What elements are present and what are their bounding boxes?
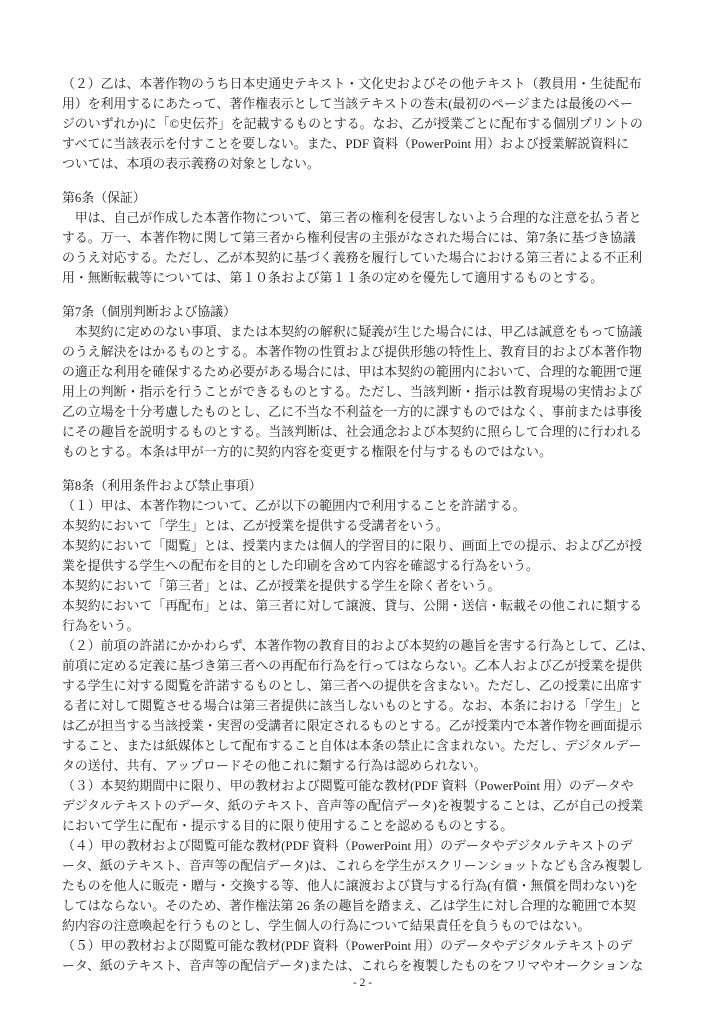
document-line: する。万一、本著作物に関して第三者から権利侵害の主張がなされた場合には、第7条に… <box>62 228 670 248</box>
document-line: ータ、紙のテキスト、音声等の配信データ)または、これらを複製したものをフリマやオ… <box>62 956 670 976</box>
blank-line <box>62 174 670 188</box>
document-line: にその趣旨を説明するものとする。当該判断は、社会通念および本契約に照らして合理的… <box>62 422 670 442</box>
document-line: 用）を利用するにあたって、著作権表示として当該テキストの巻末(最初のページまたは… <box>62 94 670 114</box>
document-line: 本契約において「再配布」とは、第三者に対して譲渡、貸与、公開・送信・転載その他こ… <box>62 596 670 616</box>
document-line: 甲は、自己が作成した本著作物について、第三者の権利を侵害しないよう合理的な注意を… <box>62 208 670 228</box>
document-line: 本契約において「学生」とは、乙が授業を提供する受講者をいう。 <box>62 516 670 536</box>
document-line: デジタルテキストのデータ、紙のテキスト、音声等の配信データ)を複製することは、乙… <box>62 796 670 816</box>
document-line: 業を提供する学生への配布を目的とした印刷を含めて内容を確認する行為をいう。 <box>62 556 670 576</box>
blank-line <box>62 462 670 476</box>
document-line: すること、または紙媒体として配布すること自体は本条の禁止に含まれない。ただし、デ… <box>62 736 670 756</box>
document-line: （１）甲は、本著作物について、乙が以下の範囲内で利用することを許諾する。 <box>62 496 670 516</box>
document-line: 前項に定める定義に基づき第三者への再配布行為を行ってはならない。乙本人および乙が… <box>62 656 670 676</box>
document-line: る者に対して閲覧させる場合は第三者提供に該当しないものとする。なお、本条における… <box>62 696 670 716</box>
document-line: のうえ解決をはかるものとする。本著作物の性質および提供形態の特性上、教育目的およ… <box>62 342 670 362</box>
document-line: してはならない。そのため、著作権法第 26 条の趣旨を踏まえ、乙は学生に対し合理… <box>62 896 670 916</box>
document-line: は乙が担当する当該授業・実習の受講者に限定されるものとする。乙が授業内で本著作物… <box>62 716 670 736</box>
document-line: （２）前項の許諾にかかわらず、本著作物の教育目的および本契約の趣旨を害する行為と… <box>62 636 670 656</box>
document-line: 用上の判断・指示を行うことができるものとする。ただし、当該判断・指示は教育現場の… <box>62 382 670 402</box>
document-line: 行為をいう。 <box>62 616 670 636</box>
document-line: ものとする。本条は甲が一方的に契約内容を変更する権限を付与するものではない。 <box>62 442 670 462</box>
document-line: すべてに当該表示を付すことを要しない。また、PDF 資料（PowerPoint … <box>62 134 670 154</box>
document-line: （４）甲の教材および閲覧可能な教材(PDF 資料（PowerPoint 用）のデ… <box>62 836 670 856</box>
document-line: ータ、紙のテキスト、音声等の配信データ)は、これらを学生がスクリーンショットなど… <box>62 856 670 876</box>
document-line: （３）本契約期間中に限り、甲の教材および閲覧可能な教材(PDF 資料（Power… <box>62 776 670 796</box>
document-line: タの送付、共有、アップロードその他これに類する行為は認められない。 <box>62 756 670 776</box>
document-line: （２）乙は、本著作物のうち日本史通史テキスト・文化史およびその他テキスト（教員用… <box>62 74 670 94</box>
document-line: 約内容の注意喚起を行うものとし、学生個人の行為について結果責任を負うものではない… <box>62 916 670 936</box>
document-line: 本契約において「第三者」とは、乙が授業を提供する学生を除く者をいう。 <box>62 576 670 596</box>
document-line: 本契約に定めのない事項、または本契約の解釈に疑義が生じた場合には、甲乙は誠意をも… <box>62 322 670 342</box>
document-line: たものを他人に販売・贈与・交換する等、他人に譲渡および貸与する行為(有償・無償を… <box>62 876 670 896</box>
document-line: において学生に配布・提示する目的に限り使用することを認めるものとする。 <box>62 816 670 836</box>
document-line: （５）甲の教材および閲覧可能な教材(PDF 資料（PowerPoint 用）のデ… <box>62 936 670 956</box>
document-line: 第8条（利用条件および禁止事項） <box>62 476 670 496</box>
document-line: 本契約において「閲覧」とは、授業内または個人的学習目的に限り、画面上での提示、お… <box>62 536 670 556</box>
document-line: する学生に対する閲覧を許諾するものとし、第三者への提供を含まない。ただし、乙の授… <box>62 676 670 696</box>
document-line: 用・無断転載等については、第１０条および第１１条の定めを優先して適用するものとす… <box>62 268 670 288</box>
document-body: （２）乙は、本著作物のうち日本史通史テキスト・文化史およびその他テキスト（教員用… <box>62 74 670 976</box>
document-line: のうえ対応する。ただし、乙が本契約に基づく義務を履行していた場合における第三者に… <box>62 248 670 268</box>
document-line: 第6条（保証） <box>62 188 670 208</box>
document-line: 第7条（個別判断および協議） <box>62 302 670 322</box>
document-line: の適正な利用を確保するため必要がある場合には、甲は本契約の範囲内において、合理的… <box>62 362 670 382</box>
document-page: （２）乙は、本著作物のうち日本史通史テキスト・文化史およびその他テキスト（教員用… <box>0 0 725 1024</box>
page-number: - 2 - <box>0 977 725 989</box>
document-line: ジのいずれか)に「©史伝芥」を記載するものとする。なお、乙が授業ごとに配布する個… <box>62 114 670 134</box>
document-line: ついては、本項の表示義務の対象としない。 <box>62 154 670 174</box>
document-line: 乙の立場を十分考慮したものとし、乙に不当な不利益を一方的に課すものではなく、事前… <box>62 402 670 422</box>
blank-line <box>62 288 670 302</box>
